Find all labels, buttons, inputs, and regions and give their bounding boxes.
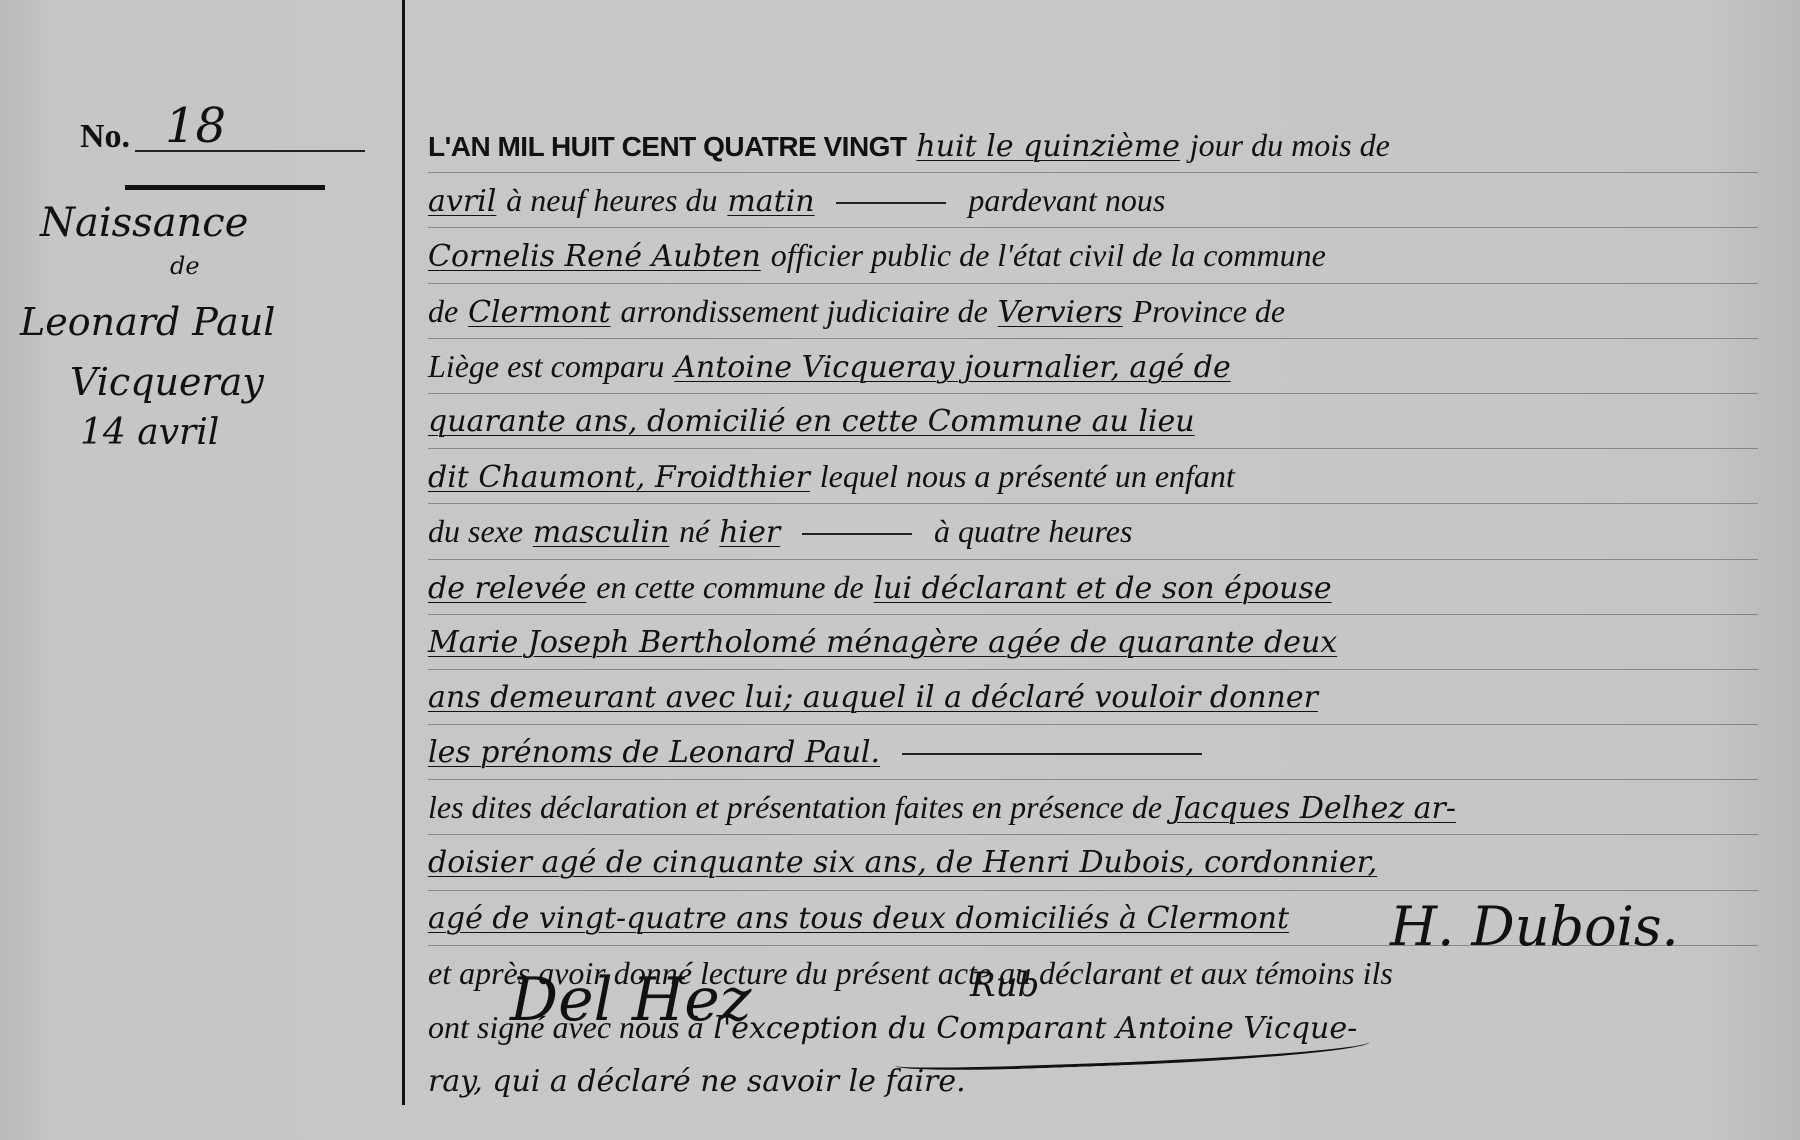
record-line-11: ans demeurant avec lui; auquel il a décl… [428, 670, 1758, 725]
margin-divider-line [402, 0, 405, 1105]
filled-witness-details: doisier agé de cinquante six ans, de Hen… [428, 845, 1377, 880]
printed-text: les dites déclaration et présentation fa… [428, 789, 1162, 825]
filled-declarant-details: quarante ans, domicilié en cette Commune… [428, 404, 1195, 439]
record-line-4: de Clermont arrondissement judiciaire de… [428, 284, 1758, 339]
signature-delhez: Del Hez [510, 965, 751, 1035]
record-line-9: de relevée en cette commune de lui décla… [428, 560, 1758, 615]
filled-witness-residence: agé de vingt-quatre ans tous deux domici… [428, 901, 1289, 936]
filled-place: dit Chaumont, Froidthier [428, 460, 810, 495]
filled-officer-name: Cornelis René Aubten [428, 239, 761, 274]
printed-text: arrondissement judiciaire de [620, 293, 987, 329]
filled-given-names: les prénoms de Leonard Paul. [428, 735, 880, 770]
printed-year-prefix: L'AN MIL HUIT CENT QUATRE VINGT [428, 131, 907, 162]
record-line-12: les prénoms de Leonard Paul. [428, 725, 1758, 780]
filled-witness-1: Jacques Delhez ar- [1172, 791, 1456, 826]
printed-text: pardevant nous [968, 182, 1165, 218]
printed-text: Province de [1133, 293, 1286, 329]
filled-time: de relevée [428, 571, 586, 606]
signature-dubois: H. Dubois. [1390, 895, 1679, 958]
margin-child-name: Leonard Paul [20, 300, 275, 344]
printed-text: de [428, 293, 458, 329]
printed-text: à neuf heures du [506, 182, 717, 218]
birth-record-body: L'AN MIL HUIT CENT QUATRE VINGT huit le … [428, 118, 1758, 1108]
filled-birth-day: hier [719, 515, 780, 550]
record-line-5: Liège est comparu Antoine Vicqueray jour… [428, 339, 1758, 394]
margin-date: 14 avril [80, 412, 219, 453]
filled-commune: Clermont [468, 295, 611, 330]
record-line-13: les dites déclaration et présentation fa… [428, 780, 1758, 835]
filled-time-of-day: matin [727, 184, 814, 219]
filled-mother: Marie Joseph Bertholomé ménagère agée de… [428, 625, 1337, 660]
margin-column: No. 18 Naissance de Leonard Paul Vicquer… [0, 0, 400, 1140]
filled-birth-hour: à quatre heures [934, 513, 1132, 549]
margin-heading: Naissance [40, 200, 248, 246]
filled-declarant: Antoine Vicqueray journalier, agé de [674, 350, 1230, 385]
printed-text: Liège est comparu [428, 348, 664, 384]
printed-text: lequel nous a présenté un enfant [820, 458, 1235, 494]
record-line-2: avril à neuf heures du matin pardevant n… [428, 173, 1758, 228]
filled-arrondissement: Verviers [998, 295, 1123, 330]
signature-officer: Rub [970, 965, 1039, 1005]
record-line-3: Cornelis René Aubten officier public de … [428, 228, 1758, 283]
line-filler-flourish [836, 202, 946, 204]
record-line-1: L'AN MIL HUIT CENT QUATRE VINGT huit le … [428, 118, 1758, 173]
record-line-8: du sexe masculin né hier à quatre heures [428, 504, 1758, 559]
filled-parents: lui déclarant et de son épouse [874, 571, 1332, 606]
filled-sex: masculin [533, 515, 669, 550]
filled-closing: ray, qui a déclaré ne savoir le faire. [428, 1064, 966, 1099]
record-line-7: dit Chaumont, Froidthier lequel nous a p… [428, 449, 1758, 504]
number-underline-rule [125, 185, 325, 190]
printed-text: du sexe [428, 513, 523, 549]
printed-text: en cette commune de [596, 569, 863, 605]
filled-residence: ans demeurant avec lui; auquel il a décl… [428, 680, 1318, 715]
printed-text: jour du mois de [1190, 127, 1390, 163]
record-line-10: Marie Joseph Bertholomé ménagère agée de… [428, 615, 1758, 670]
entry-number-value: 18 [135, 98, 365, 152]
margin-child-surname: Vicqueray [70, 360, 264, 404]
record-line-6: quarante ans, domicilié en cette Commune… [428, 394, 1758, 449]
line-filler-flourish [902, 753, 1202, 755]
printed-text: officier public de l'état civil de la co… [771, 237, 1326, 273]
line-filler-flourish [802, 533, 912, 535]
record-line-14: doisier agé de cinquante six ans, de Hen… [428, 835, 1758, 890]
filled-year-day: huit le quinzième [916, 129, 1180, 164]
entry-number-label: No. [80, 118, 130, 156]
filled-month: avril [428, 184, 496, 219]
margin-of: de [170, 252, 200, 280]
printed-text: né [679, 513, 709, 549]
